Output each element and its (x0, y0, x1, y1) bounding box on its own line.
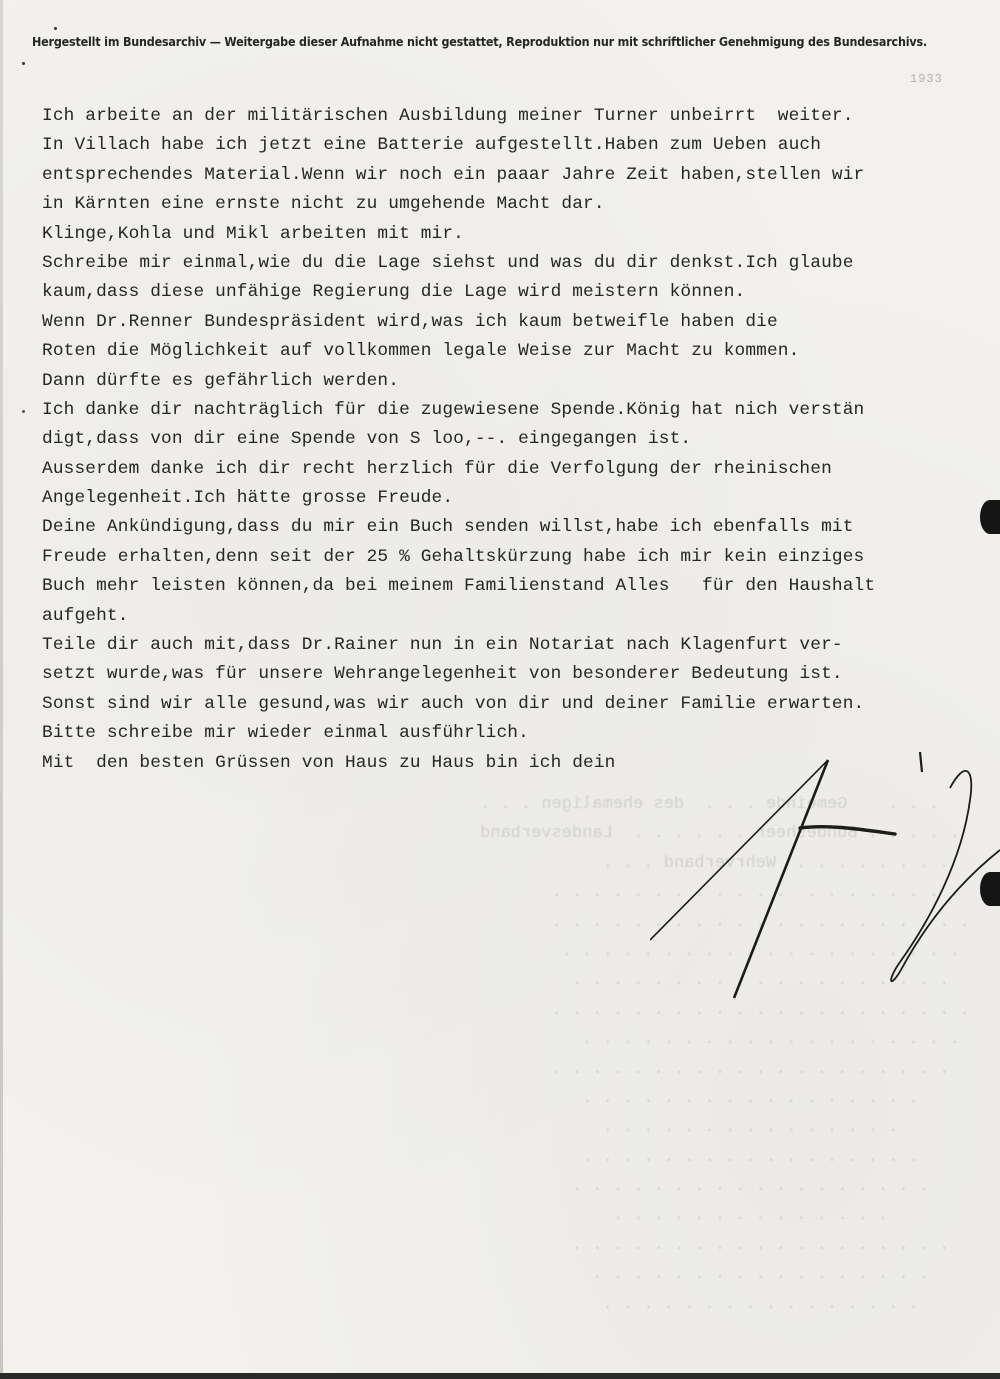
letter-line: entsprechendes Material.Wenn wir noch ei… (42, 161, 992, 190)
letter-line: Teile dir auch mit,dass Dr.Rainer nun in… (42, 631, 992, 660)
archive-reproduction-notice: Hergestellt im Bundesarchiv — Weitergabe… (32, 34, 927, 49)
scan-speck (54, 27, 57, 30)
scan-bottom-edge (0, 1373, 1000, 1379)
bleed-through-line: . . . . . . . . . . . . . . . . . . . (40, 1231, 980, 1260)
handwritten-signature (650, 730, 1000, 1010)
bleed-through-line: . . . . . . . . . . . . . . . . . . . (40, 1025, 980, 1054)
scan-left-edge (0, 0, 3, 1379)
bleed-through-line: . . . . . . . . . . . . . . . . . (40, 1143, 980, 1172)
letter-line: setzt wurde,was für unsere Wehrangelegen… (42, 660, 992, 689)
letter-line: Ausserdem danke ich dir recht herzlich f… (42, 455, 992, 484)
letter-line: Wenn Dr.Renner Bundespräsident wird,was … (42, 308, 992, 337)
letter-line: in Kärnten eine ernste nicht zu umgehend… (42, 190, 992, 219)
letter-line: Buch mehr leisten können,da bei meinem F… (42, 572, 992, 601)
letter-line: digt,dass von dir eine Spende von S loo,… (42, 425, 992, 454)
letter-line: Roten die Möglichkeit auf vollkommen leg… (42, 337, 992, 366)
letter-line: Deine Ankündigung,dass du mir ein Buch s… (42, 513, 992, 542)
letter-line: Angelegenheit.Ich hätte grosse Freude. (42, 484, 992, 513)
bleed-through-line: . . . . . . . . . . . . . . . (40, 1113, 980, 1142)
scan-speck (22, 62, 25, 65)
letter-line: Sonst sind wir alle gesund,was wir auch … (42, 690, 992, 719)
letter-line: Freude erhalten,denn seit der 25 % Gehal… (42, 543, 992, 572)
signature-stroke (734, 760, 828, 998)
letter-line: Klinge,Kohla und Mikl arbeiten mit mir. (42, 220, 992, 249)
bleed-through-line: . . . . . . . . . . . . . . . . . . (40, 1172, 980, 1201)
letter-body: Ich arbeite an der militärischen Ausbild… (42, 102, 992, 778)
punch-hole (980, 872, 1000, 906)
signature-stroke (650, 760, 828, 940)
signature-stroke (800, 827, 895, 834)
faint-header-mark: 1933 (910, 72, 943, 86)
letter-line: aufgeht. (42, 602, 992, 631)
bleed-through-line: . . . . . . . . . . . . . . . . (40, 1290, 980, 1319)
letter-line: Schreibe mir einmal,wie du die Lage sieh… (42, 249, 992, 278)
margin-mark (22, 410, 25, 413)
scanned-letter-page: Hergestellt im Bundesarchiv — Weitergabe… (0, 0, 1000, 1379)
letter-line: kaum,dass diese unfähige Regierung die L… (42, 278, 992, 307)
signature-stroke (920, 752, 922, 772)
letter-line: In Villach habe ich jetzt eine Batterie … (42, 131, 992, 160)
letter-line: Ich arbeite an der militärischen Ausbild… (42, 102, 992, 131)
bleed-through-line: . . . . . . . . . . . . . . (40, 1201, 980, 1230)
letter-line: Ich danke dir nachträglich für die zugew… (42, 396, 992, 425)
bleed-through-line: . . . . . . . . . . . . . . . . . (40, 1260, 980, 1289)
bleed-through-line: . . . . . . . . . . . . . . . . . . . . (40, 1055, 980, 1084)
punch-hole (980, 500, 1000, 534)
bleed-through-line: . . . . . . . . . . . . . . . . . (40, 1084, 980, 1113)
letter-line: Dann dürfte es gefährlich werden. (42, 367, 992, 396)
